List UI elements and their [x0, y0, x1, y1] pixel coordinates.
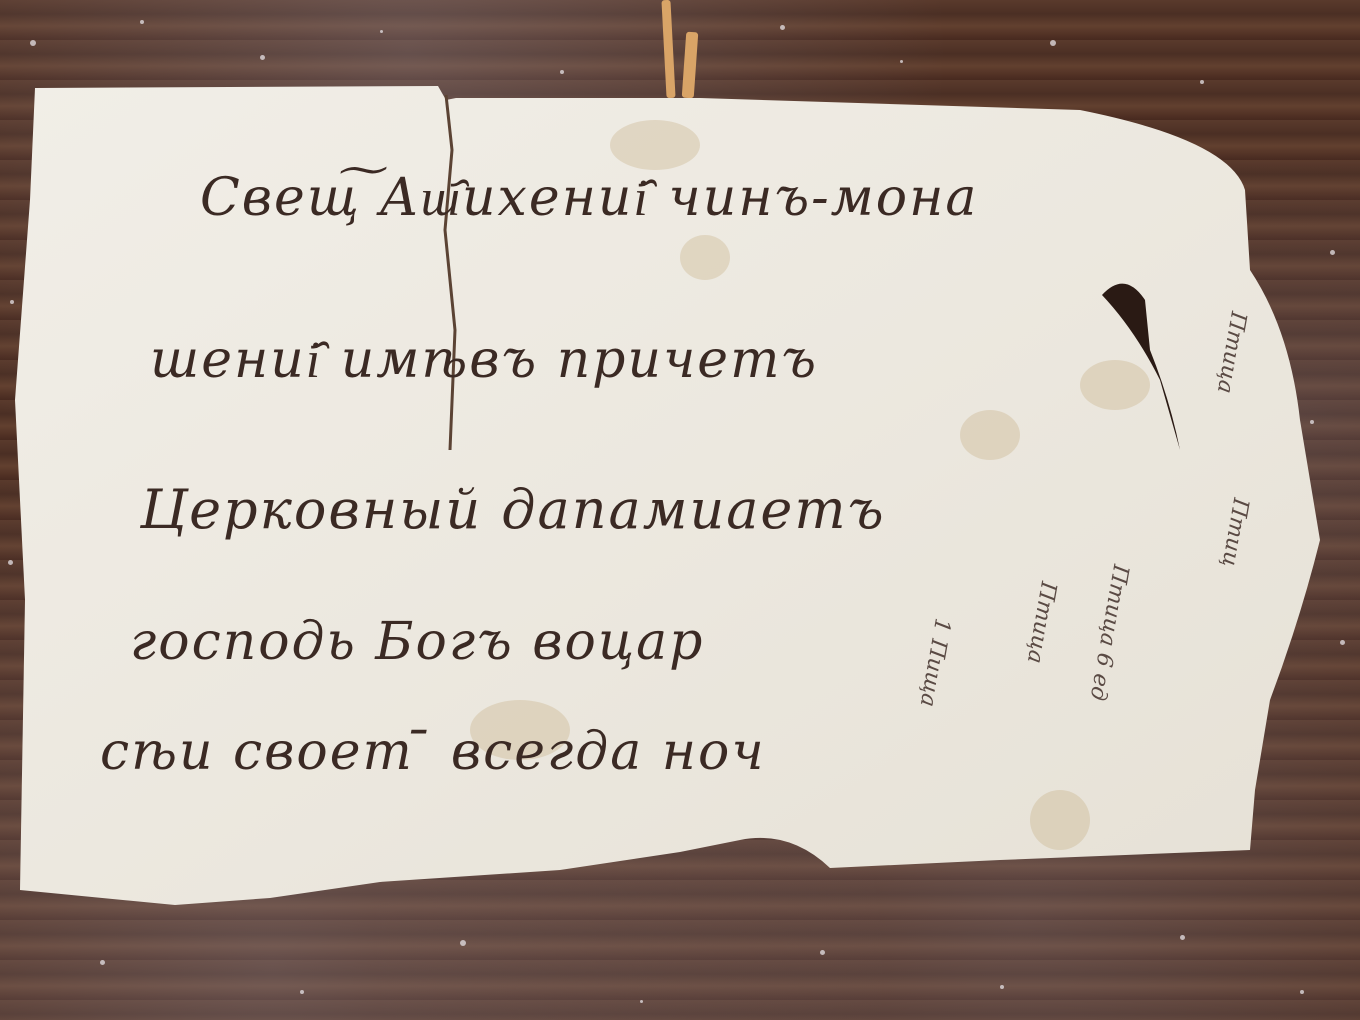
handwritten-line-5: сѣи своет ̄ всегда ноч [100, 722, 766, 782]
handwritten-line-2: шениі҄ имѣвъ причетъ [150, 330, 818, 390]
handwritten-line-4: господь Богъ воцар [130, 612, 704, 672]
handwritten-line-3: Церковный дапамиаетъ [140, 478, 886, 541]
handwritten-line-1: Свещ͠ Аш҄ихениі҄ чинъ-мона [200, 168, 978, 228]
